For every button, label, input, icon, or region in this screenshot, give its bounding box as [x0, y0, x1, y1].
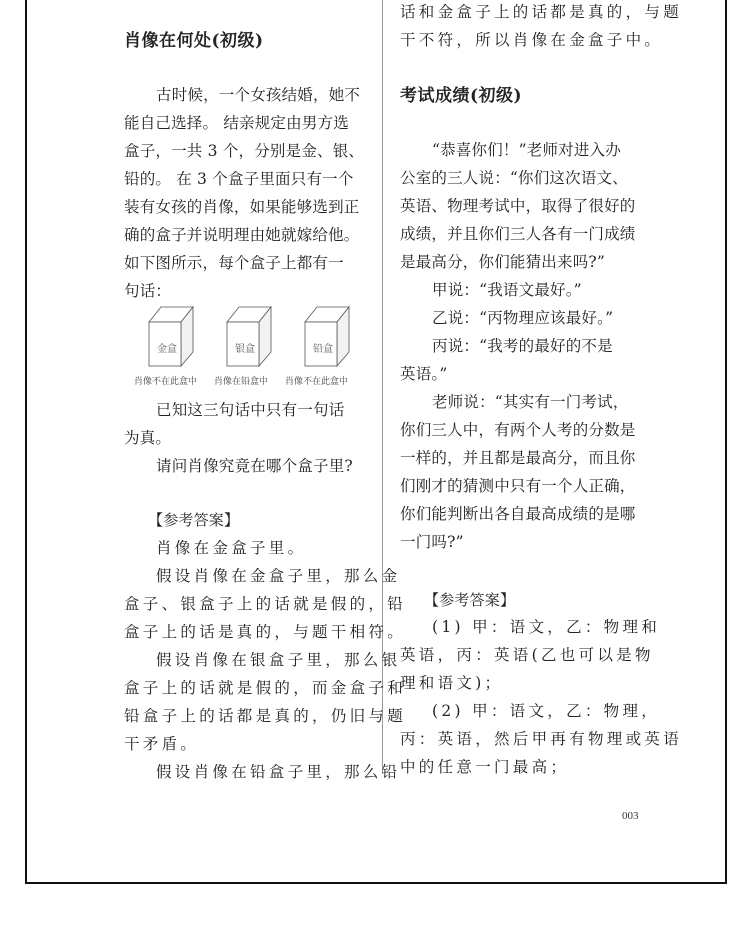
answer-heading: 【参考答案】	[148, 510, 239, 530]
box-icon	[304, 306, 352, 368]
gold-box: 金盒	[148, 306, 196, 368]
paragraph-line: 甲说：“我语文最好。”	[432, 280, 582, 300]
paragraph-line: “恭喜你们！”老师对进入办	[432, 140, 621, 160]
answer-line: 假设肖像在银盒子里，那么银	[156, 650, 400, 670]
paragraph-line: 公室的三人说：“你们这次语文、	[400, 168, 628, 188]
box-label: 银盒	[230, 340, 260, 355]
answer-heading: 【参考答案】	[424, 590, 515, 610]
paragraph-line: 们刚才的猜测中只有一个人正确，	[400, 476, 636, 496]
box-icon	[148, 306, 196, 368]
paragraph-line: 你们能判断出各自最高成绩的是哪	[400, 504, 636, 524]
paragraph-line: 一门吗?”	[400, 532, 464, 552]
box-label: 铅盒	[308, 340, 338, 355]
answer-line: 假设肖像在铅盒子里，那么铅	[156, 762, 400, 782]
box-label: 金盒	[152, 340, 182, 355]
box-caption: 肖像不在此盒中	[285, 374, 348, 387]
answer-line: 理和语文)；	[400, 673, 503, 693]
paragraph-line: 英语。”	[400, 364, 447, 384]
paragraph-line: 是最高分，你们能猜出来吗?”	[400, 252, 605, 272]
continued-line: 话和金盒子上的话都是真的，与题	[400, 2, 682, 22]
paragraph-line: 能自己选择。 结亲规定由男方选	[124, 113, 349, 133]
paragraph-line: 为真。	[124, 428, 171, 448]
answer-line: 盒子上的话就是假的，而金盒子和	[124, 678, 406, 698]
answer-line: 中的任意一门最高；	[400, 757, 569, 777]
boxes-figure: 金盒 银盒 铅盒 肖像不在此盒中 肖像在铅盒中 肖像不在此盒中	[132, 306, 362, 390]
answer-line: (1) 甲：语文，乙：物理和	[432, 617, 660, 637]
answer-line: 盒子上的话是真的，与题干相符。	[124, 622, 406, 642]
continued-line: 干不符，所以肖像在金盒子中。	[400, 30, 663, 50]
answer-line: 假设肖像在金盒子里，那么金	[156, 566, 400, 586]
paragraph-line: 盒子，一共 3 个，分别是金、银、	[124, 141, 364, 161]
silver-box: 银盒	[226, 306, 274, 368]
paragraph-line: 确的盒子并说明理由她就嫁给他。	[124, 225, 360, 245]
answer-line: 丙：英语，然后甲再有物理或英语	[400, 729, 682, 749]
paragraph-line: 成绩，并且你们三人各有一门成绩	[400, 224, 636, 244]
paragraph-line: 装有女孩的肖像，如果能够选到正	[124, 197, 360, 217]
answer-line: (2) 甲：语文，乙：物理，	[432, 701, 660, 721]
answer-line: 英语，丙：英语(乙也可以是物	[400, 645, 654, 665]
paragraph-line: 铅的。 在 3 个盒子里面只有一个	[124, 169, 354, 189]
answer-line: 肖像在金盒子里。	[156, 538, 306, 558]
section-title-exam: 考试成绩(初级)	[400, 86, 522, 106]
paragraph-line: 一样的，并且都是最高分，而且你	[400, 448, 636, 468]
box-icon	[226, 306, 274, 368]
paragraph-line: 句话：	[124, 281, 171, 301]
paragraph-line: 老师说：“其实有一门考试，	[432, 392, 629, 412]
answer-line: 干矛盾。	[124, 734, 199, 754]
section-title-portrait: 肖像在何处(初级)	[124, 31, 264, 51]
box-caption: 肖像不在此盒中	[134, 374, 197, 387]
box-caption: 肖像在铅盒中	[214, 374, 268, 387]
paragraph-line: 你们三人中，有两个人考的分数是	[400, 420, 636, 440]
lead-box: 铅盒	[304, 306, 352, 368]
page-number: 003	[622, 810, 639, 822]
paragraph-line: 古时候，一个女孩结婚，她不	[156, 85, 360, 105]
paragraph-line: 乙说：“丙物理应该最好。”	[432, 308, 613, 328]
answer-line: 盒子、银盒子上的话就是假的，铅	[124, 594, 406, 614]
paragraph-line: 如下图所示，每个盒子上都有一	[124, 253, 344, 273]
paragraph-line: 丙说：“我考的最好的不是	[432, 336, 613, 356]
question-line: 请问肖像究竟在哪个盒子里?	[156, 456, 353, 476]
paragraph-line: 英语、物理考试中，取得了很好的	[400, 196, 636, 216]
answer-line: 铅盒子上的话都是真的，仍旧与题	[124, 706, 406, 726]
paragraph-line: 已知这三句话中只有一句话	[156, 400, 344, 420]
